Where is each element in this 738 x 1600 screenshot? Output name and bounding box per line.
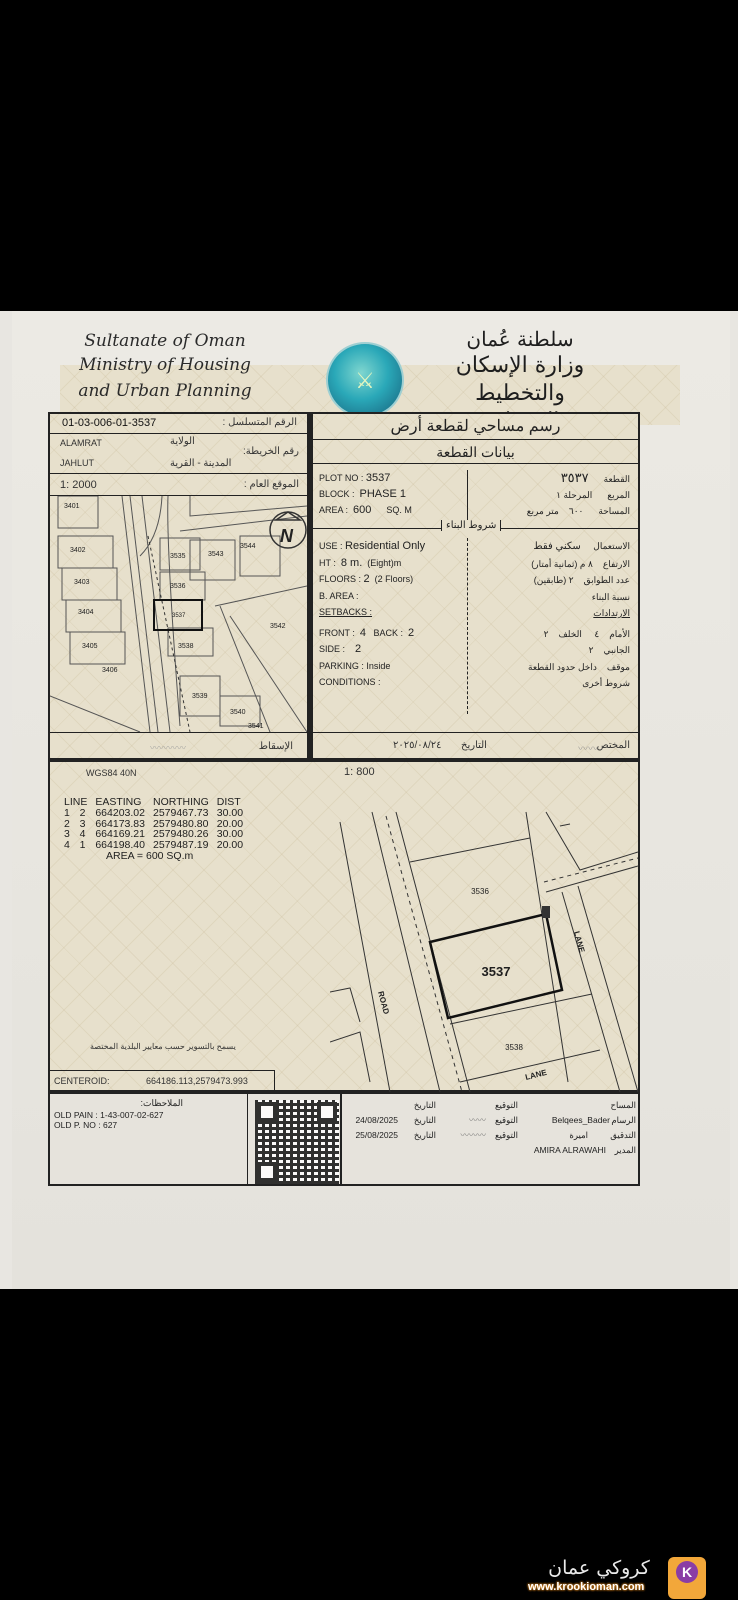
north-arrow-icon: N (270, 512, 306, 548)
watermark-title: كروكي عمان (540, 1557, 658, 1579)
wilayat-value: ALAMRAT (60, 438, 102, 448)
date-label: التاريخ (414, 1128, 436, 1143)
back-label-ar: الخلف (558, 629, 581, 639)
line-from: 4 (60, 840, 76, 851)
plot-no-label: PLOT NO (319, 473, 358, 483)
auditor-label: التدقيق (610, 1128, 636, 1143)
location-row: ALAMRAT الولاية رقم الخريطة: JAHLUT المد… (50, 434, 307, 474)
lane-label-south: LANE (524, 1068, 548, 1082)
line-to: 1 (76, 840, 92, 851)
location-map: 340134023403 340434053406 353535363537 3… (50, 496, 307, 732)
parking-value-ar: داخل حدود القطعة (528, 662, 597, 672)
area-total: AREA = 600 SQ.m (60, 850, 247, 862)
setbacks-label: SETBACKS (319, 607, 367, 617)
right-panel: رسم مساحي لقطعة أرض بيانات القطعة PLOT N… (309, 412, 640, 760)
svg-text:3405: 3405 (82, 643, 98, 650)
building-details-ar: الاستعمال سكني فقط الارتفاع ٨ م (ثمانية … (470, 538, 630, 692)
signature-block: المساح التوقيع التاريخ الرسام Belqees_Ba… (346, 1098, 636, 1158)
manager-name: AMIRA ALRAWAHI (534, 1143, 606, 1158)
svg-text:3539: 3539 (192, 693, 208, 700)
survey-map-panel: WGS84 40N 1: 800 LINE EASTING NORTHING D… (48, 760, 640, 1092)
northing: 2579480.26 (149, 829, 213, 840)
centroid-row: CENTEROID: 664186.113,2579473.993 (50, 1070, 275, 1092)
watermark-url[interactable]: www.krookioman.com (528, 1581, 644, 1593)
side-label: SIDE (319, 644, 340, 654)
side-value: 2 (355, 643, 361, 655)
approval-row: المختص 〰〰 ٢٠٢٥/٠٨/٢٤ التاريخ (313, 732, 638, 758)
signature-label: التوقيع (495, 1098, 518, 1113)
coordinate-table: LINE EASTING NORTHING DIST 1 2 664203.02… (60, 796, 247, 862)
svg-text:3403: 3403 (74, 579, 90, 586)
auditor-signature: 〰〰〰 (460, 1128, 486, 1143)
plot-data-heading: بيانات القطعة (436, 444, 515, 460)
svg-text:3542: 3542 (270, 623, 286, 630)
lane-label-east: LANE (572, 930, 587, 954)
english-title: Sultanate of Oman Ministry of Housing an… (60, 330, 270, 404)
distance: 30.00 (213, 808, 247, 819)
signature-label: التوقيع (495, 1113, 518, 1128)
building-conditions-heading: شروط البناء (441, 520, 501, 531)
date-label: التاريخ (414, 1098, 436, 1113)
plot-label-main: 3537 (482, 964, 511, 979)
projection-signature: 〰〰〰〰 (150, 741, 186, 754)
watermark: كروكي عمان www.krookioman.com K (528, 1557, 738, 1597)
svg-text:3535: 3535 (170, 553, 186, 560)
height-words: (Eight)m (367, 558, 401, 568)
location-label: الموقع العام : (244, 479, 299, 490)
document-title-row: رسم مساحي لقطعة أرض (313, 414, 638, 440)
manager-label: المدير (615, 1143, 636, 1158)
plot-label-south: 3538 (505, 1043, 523, 1052)
old-plot-no: OLD P. NO : 627 (54, 1120, 163, 1130)
serial-row: 01-03-006-01-3537 الرقم المتسلسل : (50, 414, 307, 434)
date-label: التاريخ (414, 1113, 436, 1128)
approval-date-label: التاريخ (461, 740, 487, 751)
krooki-logo-icon: K (668, 1557, 706, 1599)
parking-label-ar: موقف (607, 662, 630, 672)
title-line: Ministry of Housing (60, 352, 270, 378)
road-label: ROAD (376, 990, 391, 1015)
use-label-ar: الاستعمال (593, 541, 630, 551)
side-value-ar: ٢ (589, 645, 594, 655)
footer-panel: الملاحظات: OLD PAIN : 1-43-007-02-627 OL… (48, 1092, 640, 1186)
svg-text:3404: 3404 (78, 609, 94, 616)
svg-text:3538: 3538 (178, 643, 194, 650)
approval-date: ٢٠٢٥/٠٨/٢٤ (393, 740, 442, 751)
audit-date: 25/08/2025 (355, 1128, 398, 1143)
table-row: 1 2 664203.02 2579467.73 30.00 (60, 808, 247, 819)
fencing-note: يسمح بالتسوير حسب معايير البلدية المختصة (90, 1042, 236, 1051)
checker-label: المختص (597, 740, 630, 751)
block-value-ar: المرحلة ١ (556, 490, 592, 500)
barea-label: B. AREA (319, 591, 354, 601)
building-details-en: USE : Residential Only HT : 8 m. (Eight)… (319, 538, 425, 691)
datum-label: WGS84 40N (86, 768, 137, 778)
town-value: JAHLUT (60, 458, 94, 468)
svg-text:3541: 3541 (248, 723, 264, 730)
floors-label: FLOORS (319, 574, 356, 584)
draftsman-label: الرسام (611, 1113, 636, 1128)
projection-label: الإسقاط (259, 741, 293, 752)
title-line: Sultanate of Oman (60, 330, 270, 352)
document-title: رسم مساحي لقطعة أرض (391, 418, 561, 435)
conditions-label: CONDITIONS (319, 677, 376, 687)
table-row: 4 1 664198.40 2579487.19 20.00 (60, 840, 247, 851)
northing: 2579467.73 (149, 808, 213, 819)
svg-text:3544: 3544 (240, 543, 256, 550)
conditions-label-ar: شروط أخرى (582, 678, 630, 688)
plot-data-heading-row: بيانات القطعة (313, 440, 638, 464)
height-label-ar: الارتفاع (603, 559, 630, 569)
qr-code-icon[interactable] (255, 1100, 339, 1184)
barea-label-ar: نسبة البناء (592, 592, 630, 602)
line-from: 1 (60, 808, 76, 819)
northing: 2579487.19 (149, 840, 213, 851)
height-label: HT (319, 558, 331, 568)
front-label: FRONT (319, 628, 350, 638)
front-label-ar: الأمام (609, 629, 630, 639)
plot-details-ar: القطعة ٣٥٣٧ المربع المرحلة ١ المساحة ٦٠٠… (480, 470, 630, 519)
location-scale: 1: 2000 (60, 479, 97, 491)
block-label-ar: المربع (607, 490, 630, 500)
setbacks-label-ar: الارتدادات (593, 608, 630, 618)
back-label: BACK (374, 628, 399, 638)
column-divider (467, 470, 468, 520)
centroid-value: 664186.113,2579473.993 (146, 1076, 248, 1086)
town-label: المدينة - القرية (170, 458, 231, 469)
use-label: USE (319, 541, 338, 551)
plot-label-north: 3536 (471, 887, 489, 896)
floors-words: (2 Floors) (375, 574, 414, 584)
area-label: AREA (319, 505, 343, 515)
signature-row-manager: المدير AMIRA ALRAWAHI (346, 1143, 636, 1158)
back-value-ar: ٢ (544, 629, 549, 639)
draft-date: 24/08/2025 (355, 1113, 398, 1128)
draftsman-name: Belqees_Bader (552, 1113, 610, 1128)
line-from: 3 (60, 829, 76, 840)
floors-value-ar: ٢ (طابقين) (534, 575, 574, 585)
floors-value: 2 (364, 573, 370, 585)
old-pain: OLD PAIN : 1-43-007-02-627 (54, 1110, 163, 1120)
draftsman-signature: 〰〰 (469, 1113, 486, 1128)
table-row: 3 4 664169.21 2579480.26 30.00 (60, 829, 247, 840)
height-value: 8 m. (341, 557, 362, 569)
signature-row-auditor: التدقيق اميرة التوقيع 〰〰〰 التاريخ 25/08/… (346, 1128, 636, 1143)
use-value: Residential Only (345, 540, 425, 552)
height-value-ar: ٨ م (ثمانية أمتار) (531, 559, 593, 569)
floors-label-ar: عدد الطوابق (584, 575, 630, 585)
svg-text:3543: 3543 (208, 551, 224, 558)
side-label-ar: الجانبي (603, 645, 630, 655)
signature-row-surveyor: المساح التوقيع التاريخ (346, 1098, 636, 1113)
block-label: BLOCK (319, 489, 350, 499)
remarks-box: الملاحظات: OLD PAIN : 1-43-007-02-627 OL… (50, 1094, 248, 1184)
plot-no-value-ar: ٣٥٣٧ (561, 470, 589, 485)
front-value: 4 (360, 627, 366, 639)
easting: 664198.40 (91, 840, 149, 851)
plot-sketch: 3537 3536 3538 ROAD LANE LANE (330, 782, 638, 1092)
easting: 664169.21 (91, 829, 149, 840)
remarks-label: الملاحظات: (141, 1098, 183, 1109)
surveyor-label: المساح (610, 1098, 636, 1113)
svg-text:3537: 3537 (172, 613, 186, 619)
centroid-label: CENTEROID: (54, 1076, 110, 1086)
back-value: 2 (408, 627, 414, 639)
parking-value: Inside (366, 661, 390, 671)
map-scale: 1: 800 (344, 766, 375, 778)
block-value: PHASE 1 (360, 488, 406, 500)
svg-text:N: N (280, 526, 294, 546)
area-unit: SQ. M (386, 505, 412, 515)
old-references: OLD PAIN : 1-43-007-02-627 OLD P. NO : 6… (54, 1110, 163, 1130)
serial-number: 01-03-006-01-3537 (62, 417, 156, 429)
title-line: and Urban Planning (60, 378, 270, 404)
distance: 30.00 (213, 829, 247, 840)
general-location-row: 1: 2000 الموقع العام : (50, 474, 307, 496)
signature-row-draftsman: الرسام Belqees_Bader التوقيع 〰〰 التاريخ … (346, 1113, 636, 1128)
auditor-name: اميرة (569, 1128, 588, 1143)
svg-text:3536: 3536 (170, 583, 186, 590)
svg-text:3540: 3540 (230, 709, 246, 716)
parking-label: PARKING (319, 661, 359, 671)
svg-text:3401: 3401 (64, 503, 80, 510)
area-value: 600 (353, 504, 371, 516)
khanjar-emblem-icon: ⚔ (326, 342, 404, 418)
projection-row: الإسقاط 〰〰〰〰 (50, 732, 307, 760)
front-value-ar: ٤ (594, 629, 599, 639)
line-to: 4 (76, 829, 92, 840)
svg-text:3406: 3406 (102, 667, 118, 674)
area-label-ar: المساحة (598, 506, 630, 516)
signature-label: التوقيع (495, 1128, 518, 1143)
title-line: وزارة الإسكان (440, 352, 600, 380)
line-to: 2 (76, 808, 92, 819)
serial-label: الرقم المتسلسل : (223, 417, 297, 428)
column-divider (467, 538, 468, 714)
distance: 20.00 (213, 840, 247, 851)
map-no-label: رقم الخريطة: (243, 446, 299, 457)
left-panel: 01-03-006-01-3537 الرقم المتسلسل : ALAMR… (48, 412, 309, 760)
plot-details-en: PLOT NO : 3537 BLOCK : PHASE 1 AREA : 60… (319, 470, 412, 518)
svg-text:3402: 3402 (70, 547, 86, 554)
logo-letter: K (676, 1561, 698, 1583)
checker-signature: 〰〰 (578, 740, 598, 755)
easting: 664203.02 (91, 808, 149, 819)
divider (340, 1094, 342, 1184)
plot-no-label-ar: القطعة (604, 474, 630, 484)
area-value-ar: ٦٠٠ (569, 506, 584, 516)
wilayat-label: الولاية (170, 436, 195, 447)
area-unit-ar: متر مربع (527, 506, 559, 516)
title-line: سلطنة عُمان (440, 326, 600, 352)
use-value-ar: سكني فقط (533, 541, 580, 552)
plot-no-value: 3537 (366, 472, 390, 484)
